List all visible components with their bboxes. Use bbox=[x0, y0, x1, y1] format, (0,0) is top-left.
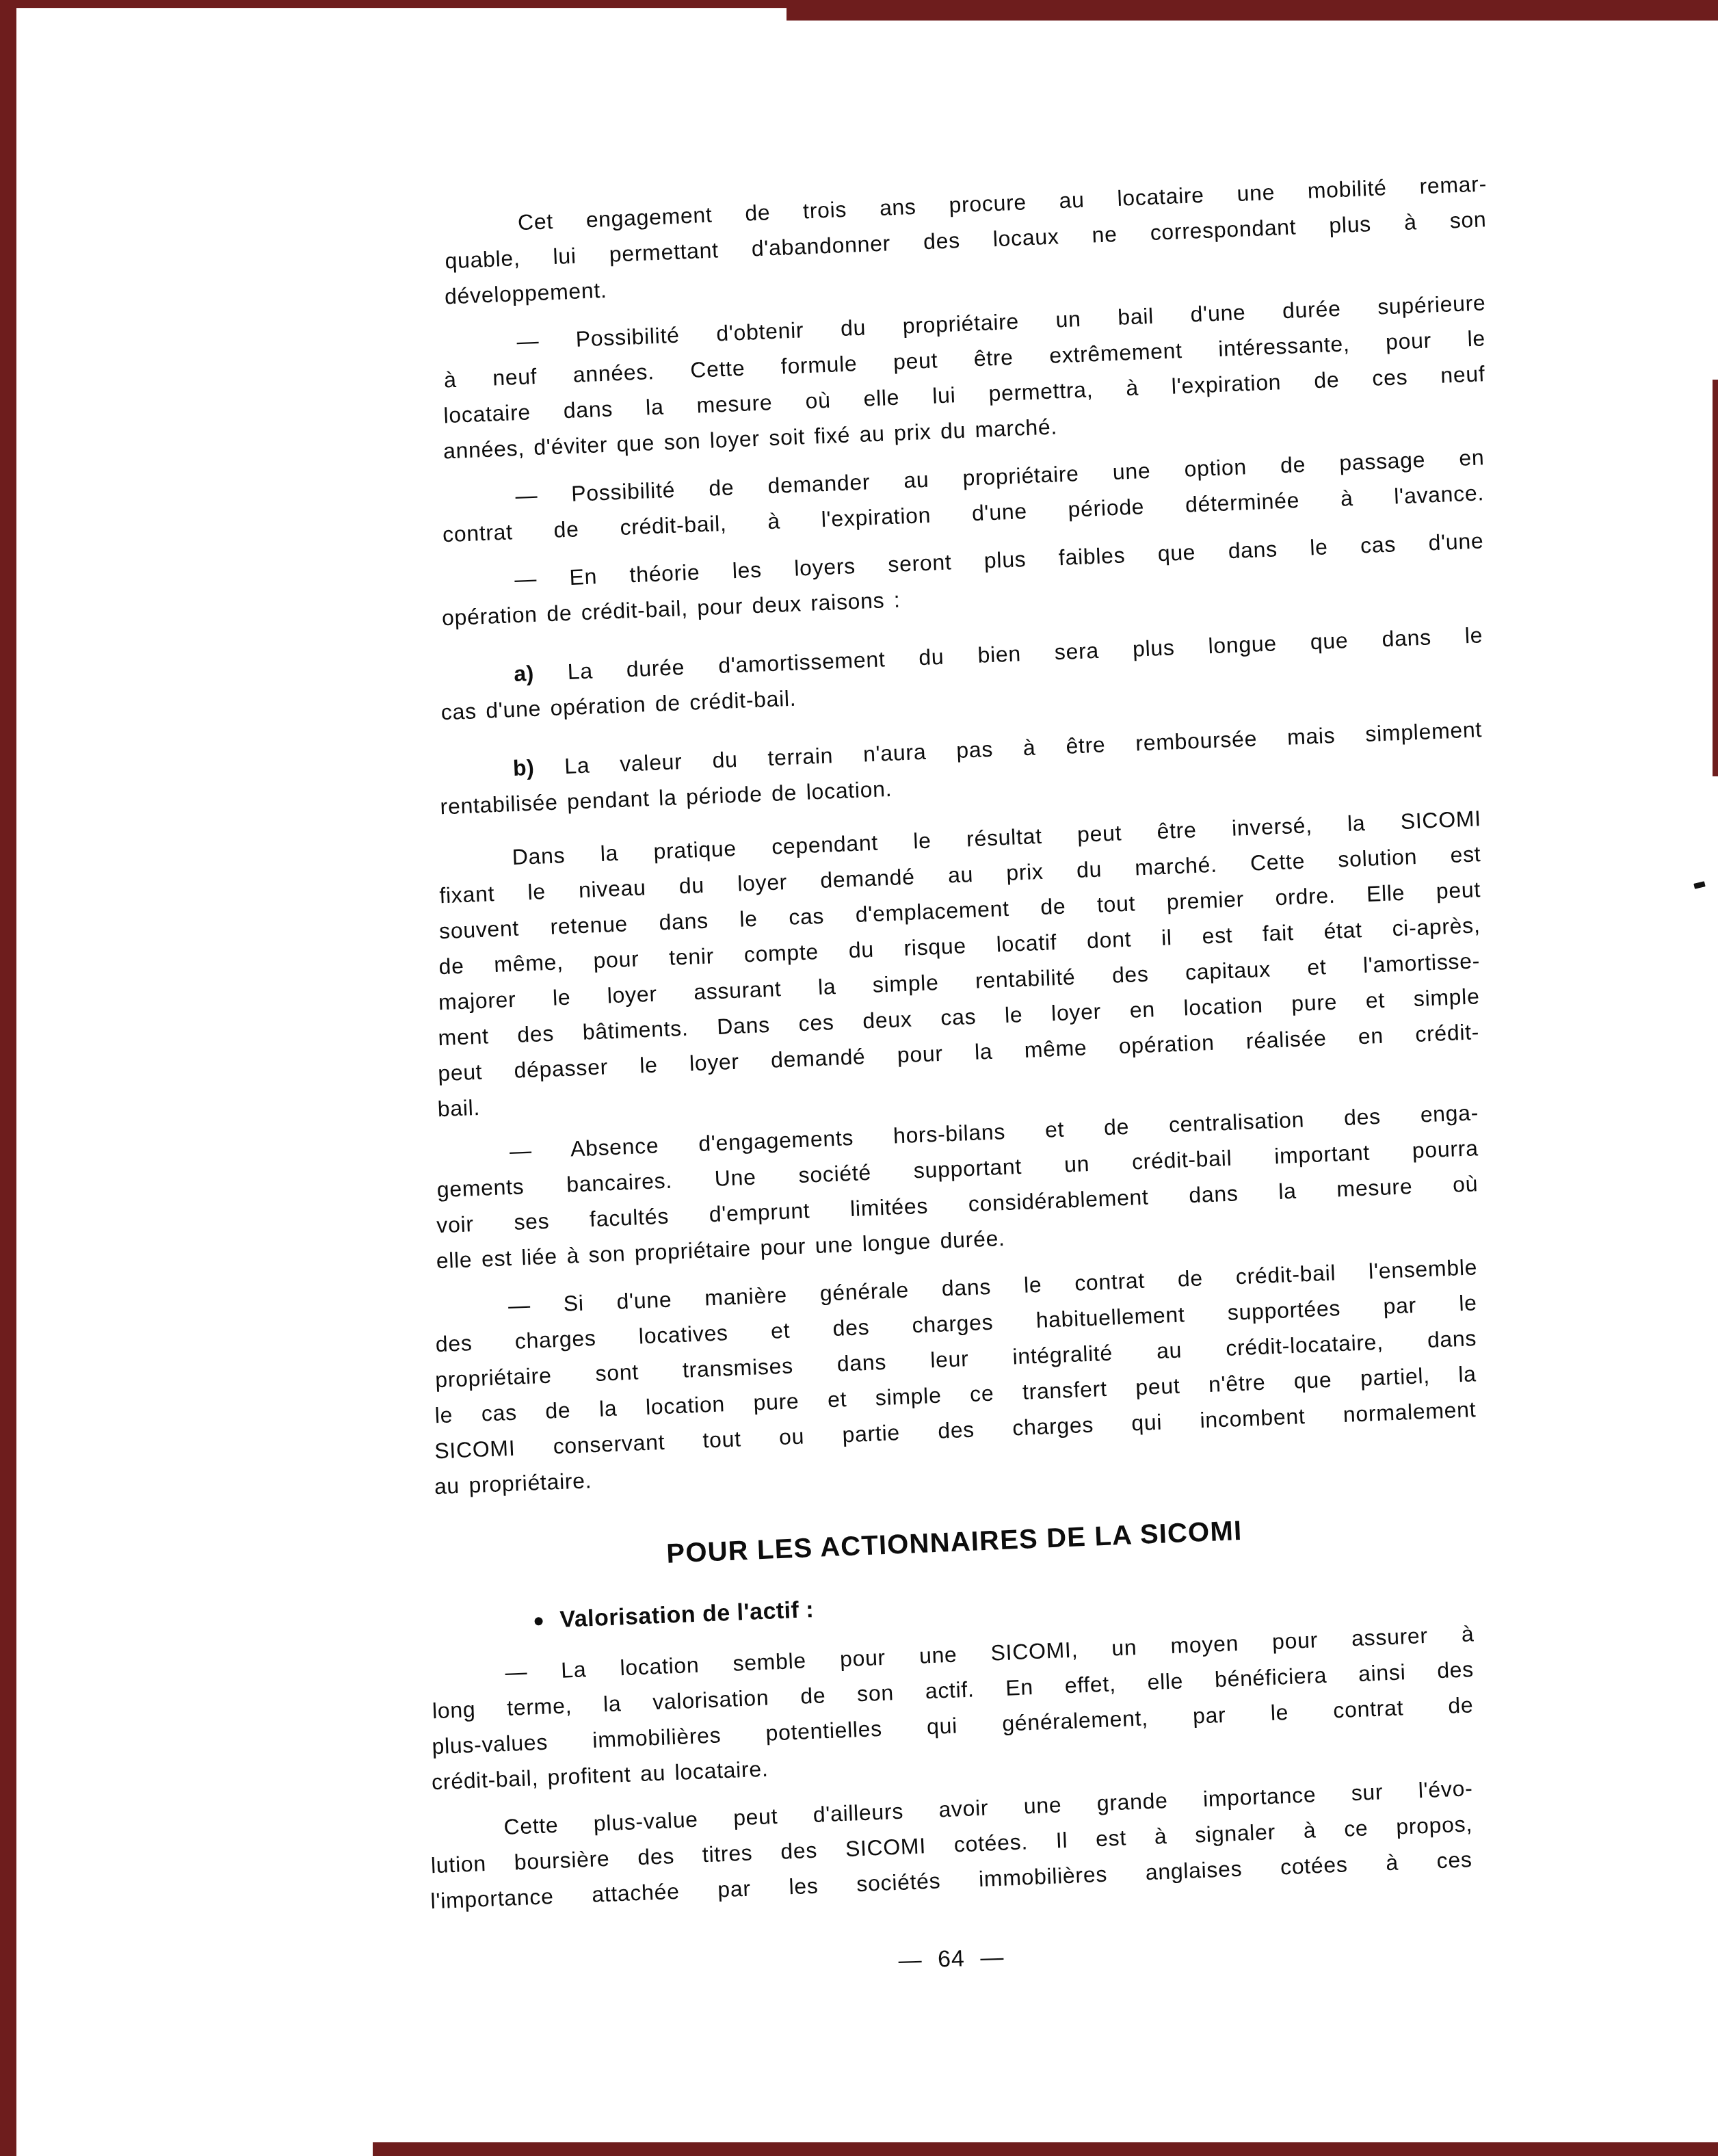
scan-edge-bottom bbox=[373, 2142, 1718, 2156]
paragraph: — Si d'une manière générale dans le cont… bbox=[434, 1291, 1479, 1513]
list-item-marker: a) bbox=[513, 661, 534, 686]
list-item-marker: b) bbox=[512, 755, 535, 780]
scan-edge-top-thin bbox=[0, 0, 793, 8]
bullet-icon: ● bbox=[532, 1605, 545, 1636]
scan-edge-top-right bbox=[787, 0, 1718, 21]
paragraph: Cette plus-value peut d'ailleurs avoir u… bbox=[430, 1812, 1473, 1928]
page-number: — 64 — bbox=[430, 1927, 1473, 1992]
ink-artifact-dash bbox=[1693, 881, 1705, 889]
document-flow: Cet engagement de trois ans procure au l… bbox=[430, 207, 1488, 1978]
section-heading: POUR LES ACTIONNAIRES DE LA SICOMI bbox=[433, 1505, 1476, 1579]
paragraph: Dans la pratique cependant le résultat p… bbox=[438, 842, 1483, 1135]
bullet-subheading-label: Valorisation de l'actif : bbox=[559, 1596, 815, 1633]
scanned-document-page: Cet engagement de trois ans procure au l… bbox=[0, 0, 1718, 2156]
scan-edge-left bbox=[0, 0, 16, 2156]
scan-edge-right bbox=[1713, 380, 1718, 776]
